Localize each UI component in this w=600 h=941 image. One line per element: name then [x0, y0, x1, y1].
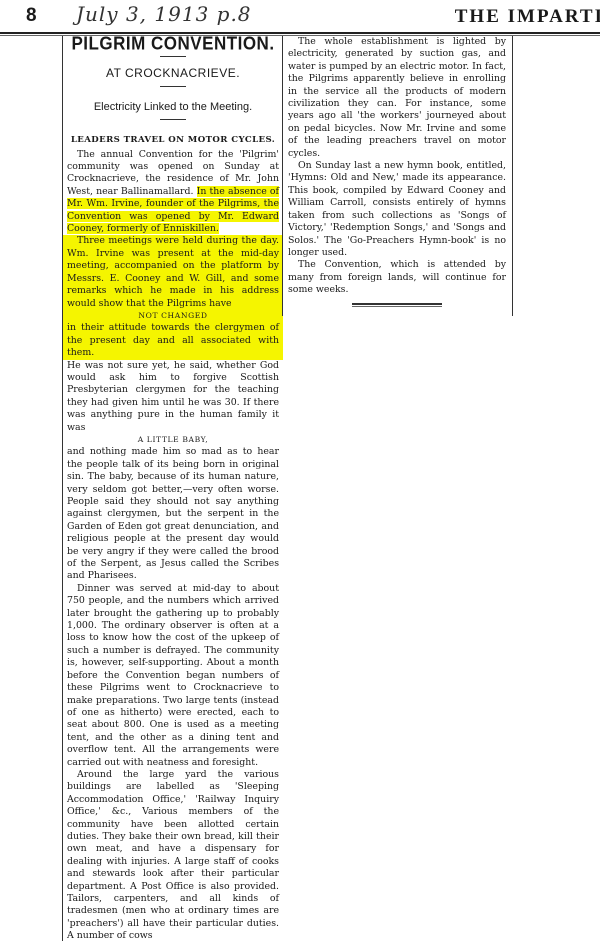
- end-rule: [352, 303, 442, 307]
- deck: Electricity Linked to the Meeting.: [67, 101, 279, 113]
- section-heading-not-changed: NOT CHANGED: [67, 310, 279, 322]
- article-column-left: PILGRIM CONVENTION. AT CROCKNACRIEVE. El…: [62, 36, 283, 941]
- divider: [160, 119, 186, 120]
- handwritten-date-note: July 3, 1913 p.8: [76, 2, 252, 26]
- section-heading-motor-cycles: LEADERS TRAVEL ON MOTOR CYCLES.: [67, 134, 279, 146]
- paragraph-scottish: He was not sure yet, he said, whether Go…: [67, 360, 279, 434]
- divider: [160, 86, 186, 87]
- newspaper-name: THE IMPARTI: [455, 6, 600, 28]
- paragraph-meetings: Three meetings were held during the day.…: [67, 235, 279, 309]
- paragraph-attitude: in their attitude towards the clergymen …: [67, 322, 279, 359]
- paragraph-electricity: The whole establishment is lighted by el…: [288, 36, 506, 160]
- divider: [160, 56, 186, 57]
- subheadline: AT CROCKNACRIEVE.: [67, 67, 279, 79]
- section-heading-little-baby: A LITTLE BABY,: [67, 434, 279, 446]
- paragraph-baby: and nothing made him so mad as to hear t…: [67, 446, 279, 582]
- page-number: 8: [26, 5, 37, 27]
- paragraph-dinner: Dinner was served at mid-day to about 75…: [67, 583, 279, 769]
- paragraph-closing: The Convention, which is attended by man…: [288, 259, 506, 296]
- masthead: 8 July 3, 1913 p.8 THE IMPARTI: [0, 0, 600, 34]
- article-column-right: The whole establishment is lighted by el…: [282, 36, 513, 316]
- paragraph-yard: Around the large yard the various buildi…: [67, 769, 279, 941]
- highlighted-block: Three meetings were held during the day.…: [63, 235, 283, 359]
- paragraph-hymn-book: On Sunday last a new hymn book, entitled…: [288, 160, 506, 259]
- paragraph-opening: The annual Convention for the 'Pilgrim' …: [67, 149, 279, 236]
- headline: PILGRIM CONVENTION.: [67, 37, 279, 51]
